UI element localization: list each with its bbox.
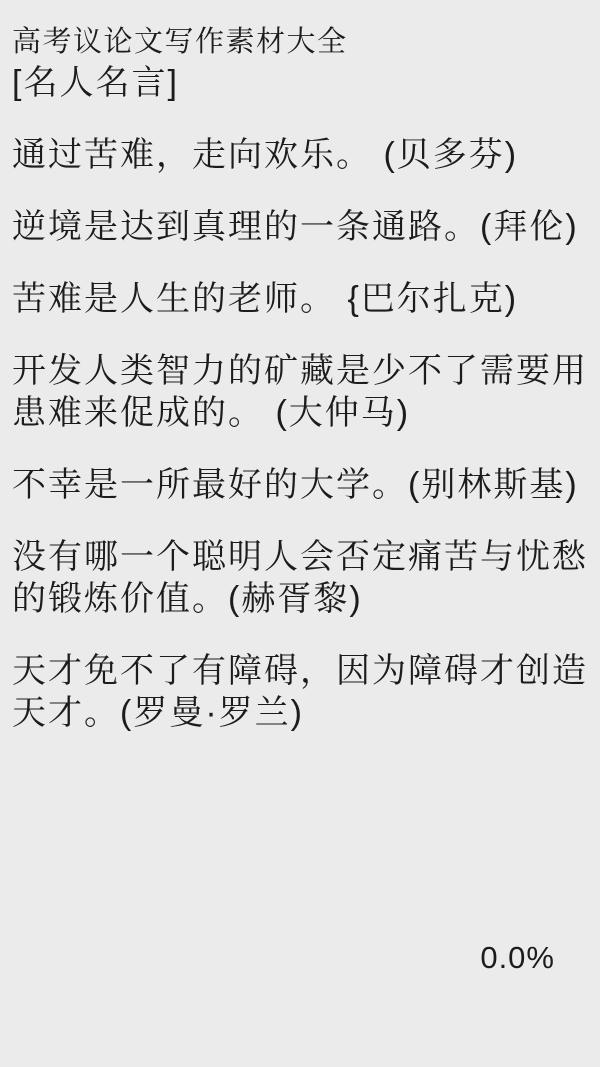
section-label: [名人名言]: [12, 62, 588, 104]
quote-paragraph: 天才免不了有障碍，因为障碍才创造天才。(罗曼·罗兰): [12, 650, 588, 734]
reading-progress: 0.0%: [480, 941, 555, 975]
reader-page[interactable]: 高考议论文写作素材大全 [名人名言] 通过苦难，走向欢乐。 (贝多芬) 逆境是达…: [0, 0, 600, 1067]
quote-paragraph: 不幸是一所最好的大学。(别林斯基): [12, 464, 588, 506]
quote-paragraph: 通过苦难，走向欢乐。 (贝多芬): [12, 134, 588, 176]
quote-paragraph: 开发人类智力的矿藏是少不了需要用患难来促成的。 (大仲马): [12, 350, 588, 434]
quote-paragraph: 苦难是人生的老师。 {巴尔扎克): [12, 278, 588, 320]
quote-paragraph: 逆境是达到真理的一条通路。(拜伦): [12, 206, 588, 248]
quote-paragraph: 没有哪一个聪明人会否定痛苦与忧愁的锻炼价值。(赫胥黎): [12, 536, 588, 620]
chapter-title: 高考议论文写作素材大全: [12, 0, 588, 62]
